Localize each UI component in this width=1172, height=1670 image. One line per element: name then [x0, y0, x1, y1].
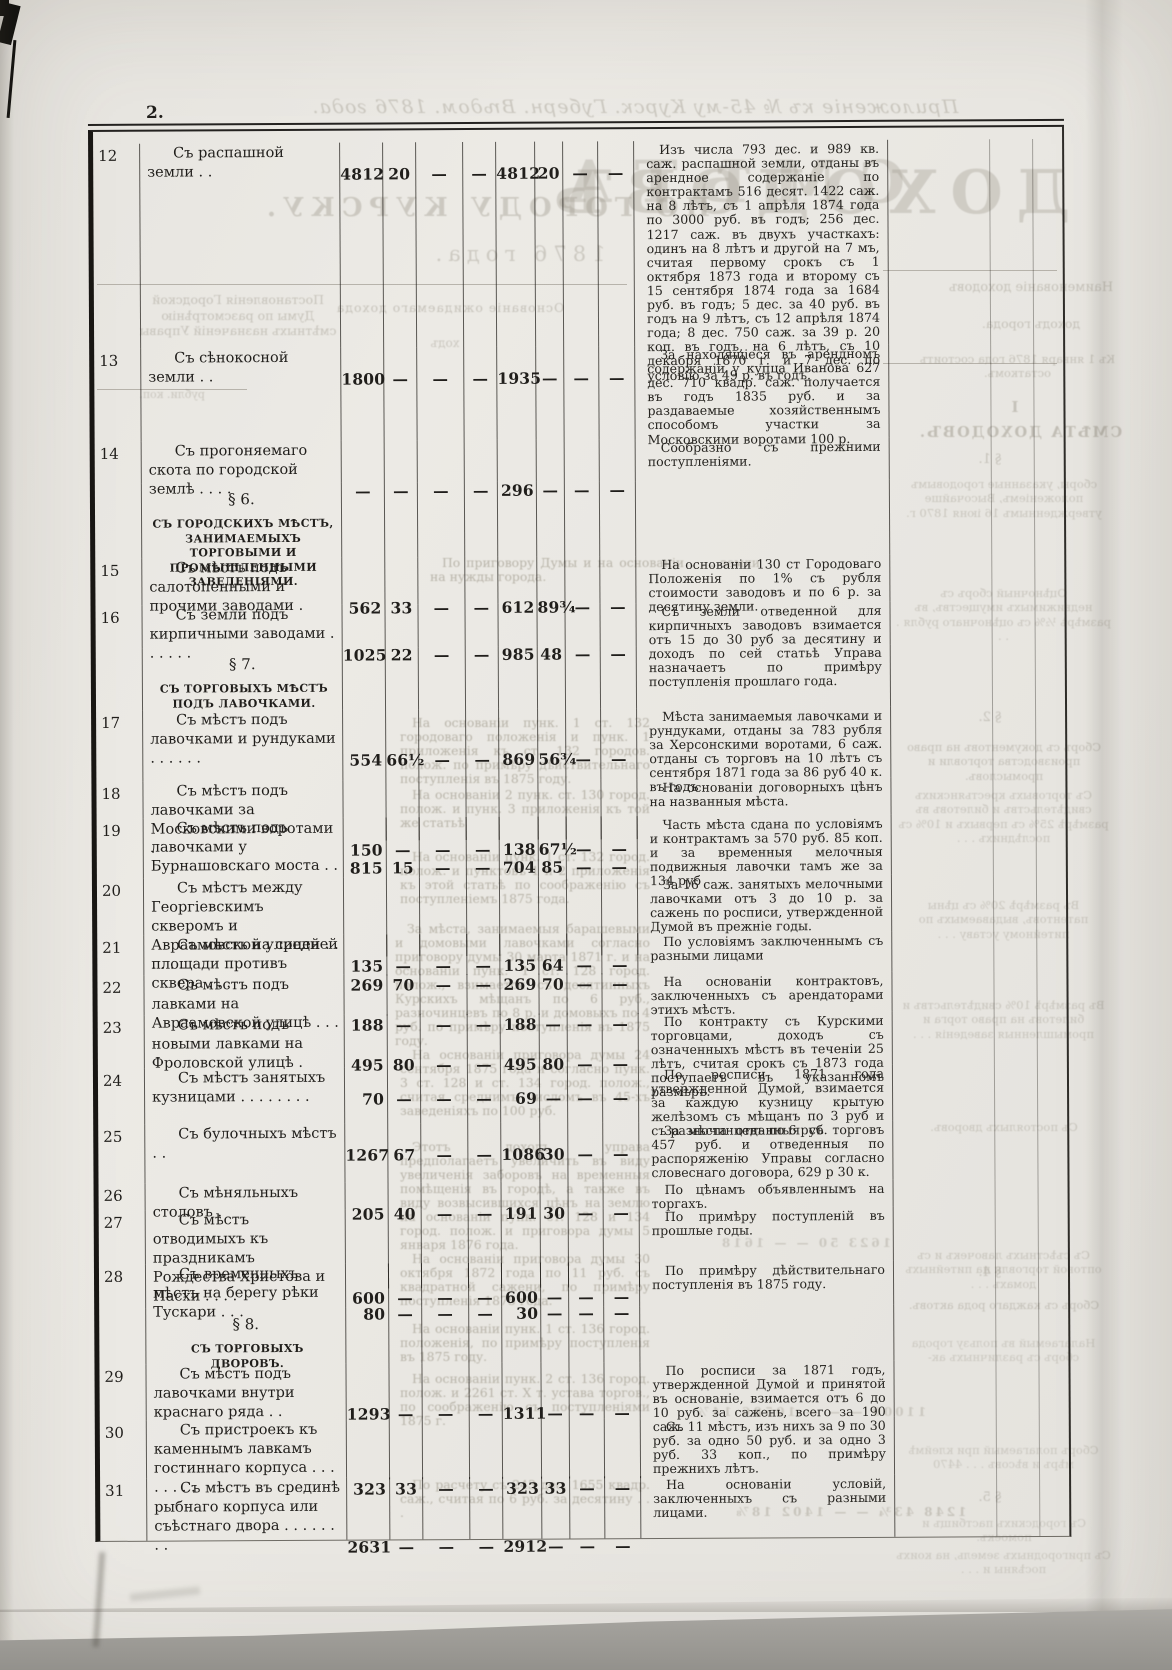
table-row: 31Съ мѣстъ въ срединѣ рыбнаго корпуса ил… — [100, 1474, 1069, 1541]
note-cell: На основаніи договорныхъ цѣнъ на названн… — [637, 778, 891, 816]
dash-cell: — — [563, 141, 599, 346]
description-cell: § 7.СЪ ТОРГОВЫХЪ МѢСТЪ ПОДЪ ЛАВОЧКАМИ. — [143, 648, 343, 711]
note-cell — [640, 1305, 894, 1362]
margin-cell — [893, 1120, 995, 1180]
row-number-cell: 29 — [99, 1365, 146, 1421]
table-row: 15Съ мѣстъ подъ салотопенными и прочими … — [95, 554, 1064, 606]
margin-cell — [1040, 1416, 1069, 1474]
note-cell: По цѣнамъ объявленнымъ на торгахъ. — [640, 1180, 894, 1208]
kop-cur-cell: 30 — [540, 1122, 568, 1181]
description-cell: Съ мѣстъ между Георгіевскимъ скверомъ и … — [144, 878, 344, 936]
kop-prev-cell: — — [387, 974, 420, 1015]
table-row: 19Съ мѣстъ подъ лавочками у Бурнашовскаг… — [97, 814, 1066, 879]
dash-cell — [566, 646, 601, 708]
kop-cur-cell: 30 — [541, 1181, 569, 1208]
dash-cell: — — [465, 440, 498, 482]
dash-cell: — — [469, 1363, 502, 1419]
description-cell: Съ мѣняльныхъ столовъ . — [146, 1183, 346, 1211]
description-cell: Съ сѣнокосной земли . . — [141, 348, 341, 442]
kop-cur-cell: 48 — [537, 604, 565, 647]
margin-cell — [996, 1206, 1039, 1260]
revenue-table-body: 12Съ распашной земли . .481220——481220——… — [93, 139, 1069, 1541]
rub-prev-cell: 205 — [346, 1182, 389, 1209]
description-cell: Съ мѣстъ подъ лавочками за Московскими в… — [143, 781, 343, 819]
dash-cell — [466, 647, 499, 709]
note-cell — [636, 480, 890, 556]
kop-prev-cell: — — [389, 1363, 422, 1419]
row-number-cell: 22 — [97, 976, 144, 1016]
dash-cell: — — [567, 816, 602, 876]
kop-prev-cell: — — [389, 1263, 422, 1307]
margin-cell — [1039, 1304, 1068, 1360]
kop-prev-cell: — — [388, 1067, 421, 1123]
rub-prev-cell: 2631 — [347, 1477, 390, 1539]
description-cell: § 6.СЪ ГОРОДСКИХЪ МѢСТЪ, ЗАНИМАЕМЫХЪ ТОР… — [142, 483, 342, 559]
left-edge-shadow — [0, 0, 14, 1670]
rub-prev-cell: 1800 — [341, 347, 384, 440]
dash-cell: — — [418, 440, 465, 482]
kop-prev-cell: 80 — [388, 1014, 421, 1067]
rub-prev-cell: 323 — [347, 1419, 390, 1479]
row-note: Сообразно съ прежними поступленіями. — [636, 438, 889, 470]
row-number-cell — [96, 649, 143, 711]
dash-cell: — — [569, 1181, 604, 1208]
table-row: 25Съ булочныхъ мѣстъ . .126767——108630——… — [98, 1120, 1067, 1184]
rub-prev-cell: 80 — [346, 1263, 389, 1307]
section-row: § 7.СЪ ТОРГОВЫХЪ МѢСТЪ ПОДЪ ЛАВОЧКАМИ. — [96, 644, 1065, 711]
row-number-cell: 25 — [98, 1125, 145, 1184]
rub-prev-cell: 1293 — [346, 1363, 389, 1419]
margin-cell — [995, 1011, 1038, 1064]
margin-cell — [992, 437, 1035, 479]
dash-cell: — — [469, 1182, 502, 1209]
dash-cell: — — [600, 556, 636, 603]
dash-cell: — — [602, 973, 638, 1014]
dash-cell: — — [569, 1362, 604, 1418]
table-row: 14Съ прогоняемаго скота по городской зем… — [95, 437, 1064, 484]
margin-cell — [994, 814, 1037, 874]
revenue-table: 12Съ распашной земли . .481220——481220——… — [88, 125, 1071, 1542]
dash-cell — [418, 482, 465, 557]
rub-cur-cell: 985 — [498, 604, 537, 647]
row-number-cell: 17 — [96, 711, 143, 782]
description-cell: Съ булочныхъ мѣстъ . . — [145, 1124, 345, 1184]
kop-prev-cell: 66½ — [386, 709, 419, 780]
smudge-mark — [130, 1586, 200, 1601]
margin-cell — [894, 1206, 996, 1261]
dash-cell: — — [468, 1014, 501, 1067]
rub-prev-cell: 495 — [345, 1014, 388, 1067]
table-row: 13Съ сѣнокосной земли . .1800———1935———З… — [94, 344, 1063, 442]
margin-cell — [891, 644, 993, 707]
row-note: На основаніи договорныхъ цѣнъ на названн… — [637, 778, 890, 810]
scan-edge-mark — [7, 40, 17, 118]
rub-cur-cell: 869 — [499, 709, 538, 780]
section-row: § 6.СЪ ГОРОДСКИХЪ МѢСТЪ, ЗАНИМАЕМЫХЪ ТОР… — [95, 479, 1064, 559]
margin-cell — [996, 1260, 1039, 1304]
note-cell: За находящіеся въ арендномъ содержаніи у… — [635, 345, 889, 439]
dash-cell — [422, 1307, 469, 1363]
rub-cur-cell: 269 — [500, 934, 539, 975]
dash-cell: — — [564, 346, 599, 439]
dash-cell: — — [601, 708, 637, 779]
margin-cell — [893, 1064, 995, 1121]
rub-prev-cell: 554 — [343, 709, 386, 780]
note-cell: По примѣру поступленій въ прошлые годы. — [640, 1207, 894, 1262]
rub-cur-cell — [499, 647, 538, 709]
table-row: 21Съ мѣстъ на средней площади противъ ск… — [97, 931, 1066, 976]
description-cell: Съ распашной земли . . — [140, 143, 341, 349]
margin-cell — [997, 1474, 1040, 1536]
table-row: 20Съ мѣстъ между Георгіевскимъ скверомъ … — [97, 874, 1066, 936]
margin-cell — [994, 971, 1037, 1011]
rub-prev-cell — [342, 482, 385, 557]
dash-cell: — — [470, 1477, 503, 1539]
description-cell: Съ мѣстъ отводимыхъ къ праздникамъ Рожде… — [146, 1210, 346, 1265]
rub-cur-cell: 4812 — [496, 142, 536, 347]
dash-cell: — — [423, 1419, 470, 1479]
dash-cell: — — [469, 1263, 502, 1307]
paper-crease — [1085, 0, 1123, 1670]
dash-cell — [604, 1306, 640, 1362]
dash-cell — [469, 1307, 502, 1363]
row-description: Съ мѣстъ въ срединѣ рыбнаго корпуса или … — [147, 1478, 346, 1556]
description-cell: § 8.СЪ ТОРГОВЫХЪ ДВОРОВЪ. — [146, 1308, 346, 1365]
margin-cell — [892, 931, 994, 972]
margin-cell — [990, 139, 1034, 344]
kop-prev-cell — [386, 647, 419, 709]
row-number-cell: 18 — [96, 782, 143, 819]
margin-cell — [895, 1474, 997, 1537]
table-row: 17Съ мѣстъ подъ лавочками и рундуками . … — [96, 706, 1065, 782]
row-note: Съ 11 мѣстъ, изъ нихъ за 9 по 30 руб. за… — [641, 1417, 894, 1477]
dash-cell: — — [465, 557, 498, 604]
dash-cell: — — [421, 1067, 468, 1123]
row-number-cell: 30 — [100, 1421, 147, 1479]
margin-cell — [1037, 874, 1066, 931]
dash-cell: — — [600, 603, 636, 646]
margin-cell — [1035, 601, 1064, 644]
dash-cell: — — [570, 1418, 605, 1478]
rub-prev-cell: 1025 — [342, 604, 385, 647]
margin-cell — [995, 1120, 1038, 1179]
dash-cell: — — [605, 1418, 641, 1478]
row-number-cell: 31 — [100, 1479, 147, 1541]
margin-cell — [894, 1304, 996, 1361]
dash-cell: — — [567, 933, 602, 974]
dash-cell: — — [420, 974, 467, 1015]
kop-cur-cell: — — [536, 347, 564, 440]
rub-prev-cell — [343, 647, 386, 709]
row-number-cell: 20 — [97, 879, 144, 936]
table-row: 28Съ временныхъ мѣстъ на берегу рѣки Тус… — [99, 1260, 1068, 1309]
row-number-cell: 12 — [93, 144, 141, 349]
kop-cur-cell: 70 — [539, 934, 567, 975]
dash-cell: — — [604, 1262, 640, 1306]
row-description: Съ булочныхъ мѣстъ . . — [145, 1124, 344, 1164]
description-cell: Съ мѣстъ подъ новыми лавками на Фроловск… — [145, 1015, 345, 1069]
margin-cell — [1035, 437, 1064, 479]
description-cell: Съ мѣстъ на средней площади противъ скве… — [144, 935, 344, 976]
kop-prev-cell: 40 — [389, 1182, 422, 1209]
dash-cell: — — [467, 817, 500, 877]
rub-cur-cell: 323 — [503, 1419, 542, 1479]
section-paragraph-label: § 6. — [142, 483, 341, 509]
dash-cell: — — [423, 1477, 470, 1539]
row-description: Съ мѣстъ подъ лавочками внутри краснаго … — [146, 1364, 345, 1423]
dash-cell: — — [417, 347, 464, 440]
scanned-page: Приложеніе къ № 45-му Курск. Губерн. Вѣд… — [0, 0, 1172, 1670]
margin-cell — [996, 1360, 1039, 1416]
dash-cell: — — [468, 1067, 501, 1123]
row-number-cell: 21 — [97, 936, 144, 976]
margin-cell — [1034, 344, 1063, 437]
description-cell: Съ мѣстъ подъ лавочками и рундуками . . … — [143, 710, 343, 782]
rub-cur-cell: 1311 — [502, 1363, 541, 1419]
dash-cell: — — [598, 141, 635, 346]
description-cell: Съ земли подъ кирпичными заводами . . . … — [142, 605, 342, 649]
row-number-cell: 14 — [95, 442, 142, 484]
margin-cell — [1039, 1179, 1068, 1206]
row-description: Съ мѣстъ подъ новыми лавками на Фроловск… — [145, 1015, 344, 1074]
note-cell: По условіямъ заключеннымъ съ разными лиц… — [638, 932, 892, 973]
dash-cell: — — [604, 1362, 640, 1418]
row-number-cell: 16 — [95, 606, 142, 649]
dash-cell — [565, 481, 600, 556]
kop-cur-cell: — — [542, 1476, 570, 1538]
note-cell: По примѣру дѣйствительнаго поступленія в… — [640, 1261, 894, 1306]
margin-cell — [993, 706, 1036, 777]
kop-cur-cell: 89¾ — [537, 557, 565, 604]
margin-cell — [1035, 479, 1064, 554]
rub-prev-cell: 815 — [344, 817, 387, 877]
rub-prev-cell: 188 — [344, 974, 387, 1015]
kop-prev-cell: 33 — [385, 557, 418, 604]
scan-edge-mark — [0, 0, 9, 16]
dash-cell: — — [600, 439, 636, 481]
row-description: Съ распашной земли . . — [140, 143, 339, 183]
note-cell: Съ 11 мѣстъ, изъ нихъ за 9 по 30 руб. за… — [641, 1417, 895, 1476]
kop-prev-cell: — — [390, 1477, 423, 1539]
kop-cur-cell: — — [539, 974, 567, 1015]
margin-cell — [893, 1011, 995, 1065]
page-bottom-shadow — [0, 1596, 1172, 1612]
note-cell: Сообразно съ прежними поступленіями. — [636, 438, 890, 481]
row-number-cell: 28 — [99, 1265, 146, 1309]
dash-cell — [600, 481, 636, 556]
description-cell: Съ мѣстъ подъ салотопенными и прочими за… — [142, 558, 342, 606]
dash-cell: — — [467, 974, 500, 1015]
dash-cell: — — [602, 816, 638, 876]
row-note: За находящіеся въ арендномъ содержаніи у… — [635, 345, 889, 447]
margin-cell — [1038, 1011, 1067, 1064]
kop-prev-cell: 70 — [387, 934, 420, 975]
rub-cur-cell: 191 — [502, 1182, 541, 1209]
dash-cell: — — [565, 603, 600, 646]
margin-cell — [894, 1360, 996, 1417]
dash-cell — [419, 647, 466, 709]
note-cell: На основаніи условій, заключенныхъ съ ра… — [641, 1475, 895, 1538]
dash-cell: — — [567, 973, 602, 1014]
note-cell: По контракту съ Курскими торговцами, дох… — [639, 1012, 893, 1066]
row-note: По примѣру поступленій въ прошлые годы. — [640, 1207, 893, 1239]
dash-cell: — — [419, 709, 466, 780]
margin-cell — [1037, 971, 1066, 1011]
margin-cell — [894, 1179, 996, 1207]
margin-cell — [996, 1179, 1039, 1206]
section-heading: СЪ ТОРГОВЫХЪ МѢСТЪ ПОДЪ ЛАВОЧКАМИ. — [143, 673, 342, 712]
rub-cur-cell — [502, 1307, 541, 1363]
rub-prev-cell: 1267 — [345, 1123, 388, 1182]
kop-cur-cell: 33 — [542, 1418, 570, 1478]
description-cell: Съ мѣстъ подъ лавочками внутри краснаго … — [146, 1364, 346, 1421]
description-cell: Съ временныхъ мѣстъ на берегу рѣки Туска… — [146, 1264, 346, 1309]
dash-cell: — — [468, 1123, 501, 1182]
section-row: § 8.СЪ ТОРГОВЫХЪ ДВОРОВЪ. — [99, 1304, 1068, 1365]
description-cell: Съ мѣстъ подъ лавочками у Бурнашовскаго … — [144, 818, 344, 879]
table-row: 29Съ мѣстъ подъ лавочками внутри краснаг… — [99, 1360, 1068, 1421]
margin-cell — [992, 554, 1035, 601]
note-cell: По росписи 1871 года утвержденной Думой,… — [639, 1065, 893, 1122]
note-cell: На основаніи 130 ст Городоваго Положенія… — [636, 555, 890, 603]
table-row: 23Съ мѣстъ подъ новыми лавками на Фролов… — [98, 1011, 1067, 1069]
dash-cell: — — [566, 708, 601, 779]
row-number-cell: 13 — [94, 349, 141, 442]
dash-cell: — — [421, 1123, 468, 1182]
kop-cur-cell — [538, 647, 566, 709]
kop-prev-cell: 33 — [390, 1419, 423, 1479]
dash-cell: — — [466, 709, 499, 780]
note-cell: На основаніи контрактовъ, заключенныхъ с… — [638, 972, 892, 1013]
rub-cur-cell: 1935 — [497, 347, 536, 440]
row-description: Съ мѣстъ подъ лавочками и рундуками . . … — [143, 710, 342, 769]
kop-prev-cell — [389, 1307, 422, 1363]
kop-cur-cell: 80 — [540, 1014, 568, 1067]
dash-cell: — — [416, 142, 464, 347]
dash-cell — [569, 1306, 604, 1362]
margin-cell — [892, 971, 994, 1012]
kop-cur-cell: 85 — [539, 817, 567, 877]
rub-cur-cell: 1086 — [501, 1123, 540, 1182]
row-note: На основаніи условій, заключенныхъ съ ра… — [641, 1475, 894, 1521]
margin-cell — [1037, 814, 1066, 874]
dash-cell: — — [603, 1013, 639, 1066]
table-row: 30Съ пристроекъ къ каменнымъ лавкамъ гос… — [100, 1416, 1069, 1479]
margin-cell — [1036, 644, 1065, 706]
note-cell: Мѣста занимаемыя лавочками и рундуками, … — [637, 707, 891, 779]
margin-cell — [995, 1064, 1038, 1120]
kop-prev-cell: — — [385, 440, 418, 482]
dash-cell: — — [570, 1476, 605, 1538]
rub-cur-cell: 495 — [501, 1014, 540, 1067]
dash-cell: — — [605, 1476, 641, 1538]
dash-cell: — — [422, 1263, 469, 1307]
margin-cell — [1039, 1360, 1068, 1416]
description-cell: Съ мѣстъ въ срединѣ рыбнаго корпуса или … — [147, 1478, 347, 1541]
margin-cell — [1033, 139, 1063, 344]
margin-cell — [994, 874, 1037, 931]
dash-cell: — — [602, 933, 638, 974]
margin-cell — [895, 1416, 997, 1475]
rub-prev-cell: 562 — [342, 557, 385, 604]
row-note: По примѣру дѣйствительнаго поступленія в… — [640, 1261, 893, 1293]
kop-cur-cell: 20 — [535, 142, 564, 347]
margin-cell — [892, 814, 994, 875]
kop-prev-cell: 15 — [387, 817, 420, 877]
dash-cell: — — [565, 439, 600, 481]
rub-cur-cell: 296 — [498, 440, 537, 482]
margin-cell — [890, 479, 992, 555]
margin-cell — [992, 601, 1035, 644]
dash-cell: — — [420, 817, 467, 877]
dash-cell: — — [603, 1122, 639, 1181]
margin-cell — [890, 554, 992, 602]
dash-cell: — — [599, 346, 635, 439]
row-number-cell: 15 — [95, 559, 142, 606]
margin-cell — [891, 706, 993, 778]
row-number-cell — [99, 1309, 146, 1365]
dash-cell: — — [568, 1122, 603, 1181]
margin-cell — [992, 479, 1035, 554]
description-cell: Съ мѣстъ занятыхъ кузницами . . . . . . … — [145, 1068, 345, 1125]
description-cell: Съ мѣстъ подъ лавками на Авраамовской ул… — [144, 975, 344, 1016]
margin-cell — [1038, 1064, 1067, 1120]
kop-cur-cell — [537, 482, 565, 557]
margin-cell — [993, 777, 1036, 814]
rub-prev-cell: 269 — [344, 934, 387, 975]
rub-prev-cell — [346, 1307, 389, 1363]
dash-cell — [465, 482, 498, 557]
row-description: Съ мѣстъ подъ лавочками у Бурнашовскаго … — [144, 818, 343, 877]
margin-cell — [889, 344, 991, 438]
dash-cell: — — [422, 1182, 469, 1209]
rub-cur-cell: 704 — [500, 817, 539, 877]
margin-cell — [890, 437, 992, 480]
smudge-mark — [93, 1552, 106, 1647]
row-note: По условіямъ заключеннымъ съ разными лиц… — [638, 932, 891, 964]
row-note: За мѣста отданныя съ торговъ 457 руб. и … — [639, 1121, 892, 1181]
section-paragraph-label: § 8. — [146, 1308, 345, 1334]
dash-cell: — — [422, 1363, 469, 1419]
table-row: 18Съ мѣстъ подъ лавочками за Московскими… — [96, 777, 1065, 819]
margin-cell — [1039, 1206, 1068, 1260]
kop-cur-cell: — — [540, 1067, 568, 1123]
dash-cell: — — [569, 1262, 604, 1306]
kop-prev-cell: 22 — [385, 604, 418, 647]
row-note: На основаніи контрактовъ, заключенныхъ с… — [638, 972, 891, 1018]
kop-cur-cell — [541, 1306, 569, 1362]
table-row: 16Съ земли подъ кирпичными заводами . . … — [95, 601, 1064, 649]
rub-cur-cell: 612 — [498, 557, 537, 604]
margin-cell — [996, 1304, 1039, 1360]
margin-cell — [1039, 1260, 1068, 1304]
dash-cell: — — [470, 1419, 503, 1479]
page-number: 2. — [146, 103, 164, 123]
dash-cell: — — [604, 1181, 640, 1208]
row-number-cell: 26 — [99, 1184, 146, 1211]
section-paragraph-label: § 7. — [143, 648, 342, 674]
margin-cell — [1037, 931, 1066, 971]
kop-cur-cell: — — [541, 1262, 569, 1306]
margin-cell — [890, 601, 992, 645]
bleedthrough-text: Съ пригородныхъ земель, на коихъ посѣяны… — [896, 1548, 1111, 1577]
note-cell: Изъ числа 793 дес. и 989 кв. саж. распаш… — [634, 140, 889, 346]
dash-cell: — — [464, 347, 497, 440]
bleedthrough-text: Приложеніе къ № 45-му Курск. Губерн. Вѣд… — [130, 96, 1140, 120]
rub-cur-cell — [498, 482, 537, 557]
rub-cur-cell: 69 — [501, 1067, 540, 1123]
margin-cell — [1038, 1120, 1067, 1179]
